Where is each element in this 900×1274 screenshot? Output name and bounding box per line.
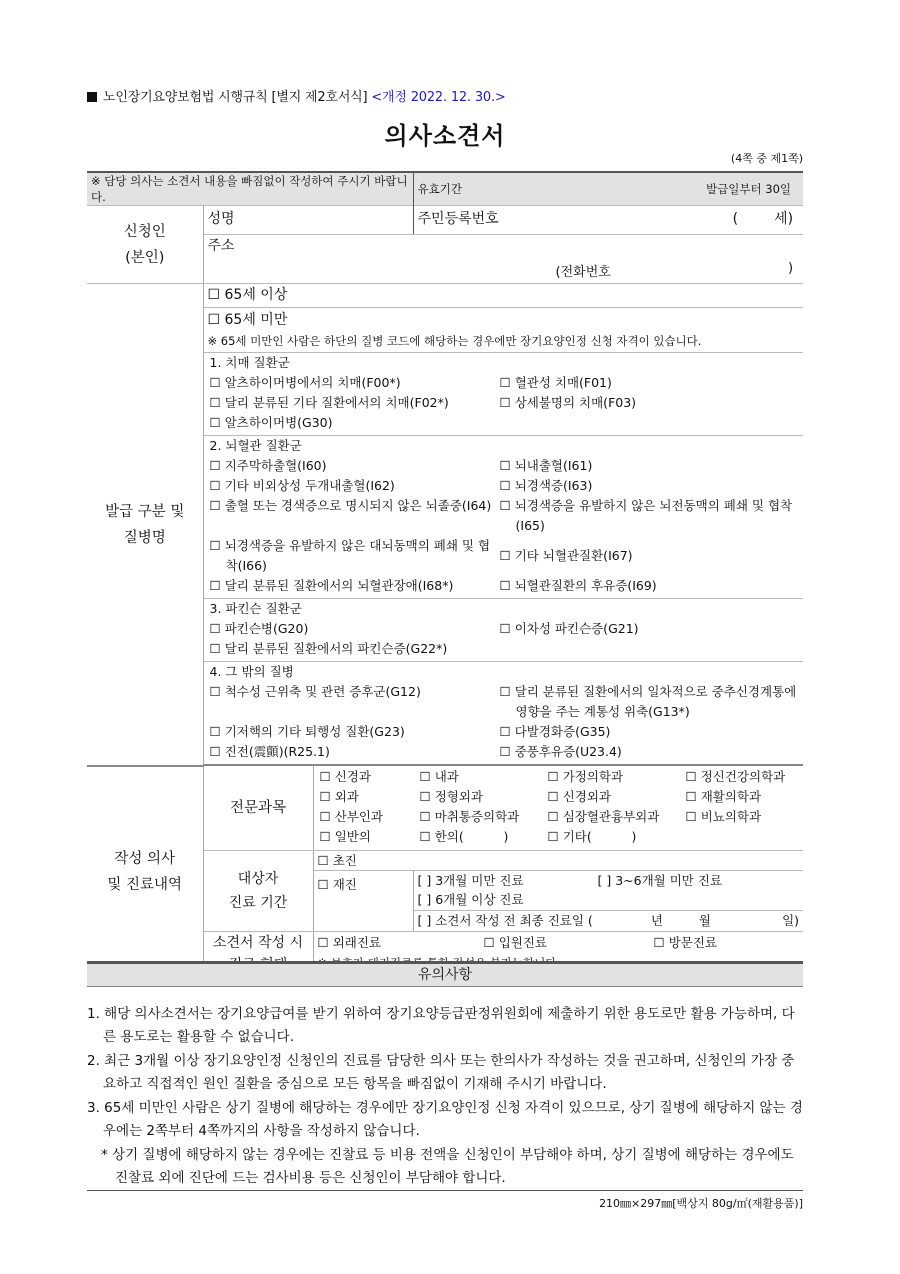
group-title: 1. 치매 질환군 xyxy=(208,353,800,373)
disease-checkbox[interactable]: 뇌경색증을 유발하지 않은 뇌전동맥의 폐쇄 및 협착(I65) xyxy=(498,496,800,536)
regulation-header: 노인장기요양보험법 시행규칙 [별지 제2호서식] <개정 2022. 12. … xyxy=(87,86,506,105)
disease-checkbox[interactable]: 뇌경색증(I63) xyxy=(498,476,800,496)
physician-label: 작성 의사 및 진료내역 xyxy=(87,766,203,977)
disease-checkbox[interactable]: 지주막하출혈(I60) xyxy=(208,456,498,476)
address-field[interactable]: 주소 (전화번호 ) xyxy=(203,235,803,284)
specialty-label: 전문과목 xyxy=(203,766,313,850)
age-65-over-checkbox[interactable]: 65세 이상 xyxy=(203,284,803,308)
year-label: 년 xyxy=(651,911,663,931)
specialty-checkbox[interactable]: 외과 xyxy=(320,787,420,807)
validity-value: 발급일부터 30일 xyxy=(706,181,791,197)
physician-label-line2: 및 진료내역 xyxy=(91,872,199,898)
home-visit-checkbox[interactable]: 방문진료 xyxy=(654,932,718,953)
phone-field[interactable]: (전화번호 ) xyxy=(556,261,794,280)
validity-cell: 유효기간 발급일부터 30일 xyxy=(413,172,803,206)
name-label: 성명 xyxy=(208,211,235,227)
under-65-note: ※ 65세 미만인 사람은 하단의 질병 코드에 해당하는 경우에만 장기요양인… xyxy=(208,332,800,350)
paper-spec: 210㎜×297㎜[백상지 80g/㎡(재활용품)] xyxy=(599,1195,803,1211)
name-field[interactable]: 성명 xyxy=(203,206,413,235)
regulation-text: 노인장기요양보험법 시행규칙 [별지 제2호서식] xyxy=(103,90,367,105)
specialty-checkbox[interactable]: 가정의학과 xyxy=(548,767,686,787)
disease-checkbox[interactable]: 달리 분류된 질환에서의 뇌혈관장애(I68*) xyxy=(208,576,498,596)
disease-checkbox[interactable]: 달리 분류된 질환에서의 파킨슨증(G22*) xyxy=(208,639,498,659)
age-suffix: 세) xyxy=(774,211,793,227)
disease-checkbox[interactable]: 뇌경색증을 유발하지 않은 대뇌동맥의 폐쇄 및 협착(I66) xyxy=(208,536,498,576)
period-label-line2: 진료 기간 xyxy=(208,891,309,915)
disease-checkbox[interactable]: 진전(震顫)(R25.1) xyxy=(208,742,498,762)
phone-label: (전화번호 xyxy=(556,261,611,280)
notice-star-note: * 상기 질병에 해당하지 않는 경우에는 진찰료 등 비용 전액을 신청인이 … xyxy=(87,1144,803,1190)
specialty-checkbox[interactable]: 정형외과 xyxy=(420,787,548,807)
issuance-label: 발급 구분 및 질병명 xyxy=(87,284,203,767)
specialty-checkbox[interactable]: 신경과 xyxy=(320,767,420,787)
issuance-label-line1: 발급 구분 및 xyxy=(91,499,199,525)
period-label-line1: 대상자 xyxy=(208,867,309,891)
group-title: 2. 뇌혈관 질환군 xyxy=(208,436,800,456)
physician-label-line1: 작성 의사 xyxy=(91,846,199,872)
last-visit-label: [ ] 소견서 작성 전 최종 진료일 ( xyxy=(418,911,593,931)
disease-checkbox[interactable]: 알츠하이머병(G30) xyxy=(208,413,498,433)
disease-checkbox[interactable]: 혈관성 치매(F01) xyxy=(498,373,800,393)
applicant-label: 신청인 (본인) xyxy=(87,206,203,284)
disease-checkbox[interactable]: 기타 뇌혈관질환(I67) xyxy=(498,546,800,566)
disease-checkbox[interactable]: 기타 비외상성 두개내출혈(I62) xyxy=(208,476,498,496)
disease-checkbox[interactable]: 이차성 파킨슨증(G21) xyxy=(498,619,800,639)
age-65-under-checkbox[interactable]: 65세 미만 xyxy=(208,308,800,332)
applicant-label-line1: 신청인 xyxy=(91,219,199,245)
validity-label: 유효기간 xyxy=(418,181,462,197)
specialty-checkbox-korean-medicine[interactable]: 한의( ) xyxy=(420,827,548,847)
black-square-icon xyxy=(87,92,97,102)
applicant-label-line2: (본인) xyxy=(91,245,199,271)
disease-checkbox[interactable]: 출혈 또는 경색증으로 명시되지 않은 뇌졸중(I64) xyxy=(208,496,498,536)
first-visit-label: 초진 xyxy=(318,853,357,868)
issuance-label-line2: 질병명 xyxy=(91,525,199,551)
day-label: 일) xyxy=(782,911,799,931)
form-title: 의사소견서 xyxy=(87,116,803,151)
revisit-checkbox[interactable]: 재진 xyxy=(313,870,413,931)
disease-checkbox[interactable]: 다발경화증(G35) xyxy=(498,722,800,742)
disease-checkbox[interactable]: 달리 분류된 기타 질환에서의 치매(F02*) xyxy=(208,393,498,413)
lt3-months-option[interactable]: [ ] 3개월 미만 진료 xyxy=(418,871,598,890)
notice-item: 3. 65세 미만인 사람은 상기 질병에 해당하는 경우에만 장기요양인정 신… xyxy=(87,1097,803,1143)
inpatient-checkbox[interactable]: 입원진료 xyxy=(484,932,654,953)
disease-checkbox[interactable]: 척수성 근위축 및 관련 증후군(G12) xyxy=(208,682,498,722)
page-indicator: (4쪽 중 제1쪽) xyxy=(731,150,803,166)
group-title: 3. 파킨슨 질환군 xyxy=(208,599,800,619)
gte6-months-option[interactable]: [ ] 6개월 이상 진료 xyxy=(418,890,800,909)
outpatient-checkbox[interactable]: 외래진료 xyxy=(318,932,484,953)
revisit-duration-options: [ ] 3개월 미만 진료[ ] 3~6개월 미만 진료 [ ] 6개월 이상 … xyxy=(413,870,803,910)
age-65-over-label: 65세 이상 xyxy=(208,287,288,303)
group-other: 4. 그 밖의 질병 척수성 근위축 및 관련 증후군(G12)달리 분류된 질… xyxy=(203,662,803,766)
last-visit-date-field[interactable]: [ ] 소견서 작성 전 최종 진료일 ( 년 월 일) xyxy=(413,910,803,931)
fill-instruction: ※ 담당 의사는 소견서 내용을 빠짐없이 작성하여 주시기 바랍니다. xyxy=(87,172,413,206)
specialty-checkbox[interactable]: 정신건강의학과 xyxy=(686,767,810,787)
first-visit-checkbox[interactable]: 초진 xyxy=(313,850,803,870)
specialty-options: 신경과 내과 가정의학과 정신건강의학과 외과 정형외과 신경외과 재활의학과 … xyxy=(313,766,803,850)
notice-item: 1. 해당 의사소견서는 장기요양급여를 받기 위하여 장기요양등급판정위원회에… xyxy=(87,1003,803,1049)
group-dementia: 1. 치매 질환군 알츠하이머병에서의 치매(F00*)혈관성 치매(F01) … xyxy=(203,353,803,436)
rrn-field[interactable]: 주민등록번호 (세) xyxy=(413,206,803,235)
disease-checkbox[interactable]: 알츠하이머병에서의 치매(F00*) xyxy=(208,373,498,393)
disease-checkbox[interactable]: 중풍후유증(U23.4) xyxy=(498,742,800,762)
group-cerebrovascular: 2. 뇌혈관 질환군 지주막하출혈(I60)뇌내출혈(I61) 기타 비외상성 … xyxy=(203,436,803,599)
specialty-checkbox[interactable]: 심장혈관흉부외과 xyxy=(548,807,686,827)
notices-header: 유의사항 xyxy=(87,961,803,987)
period-label: 대상자 진료 기간 xyxy=(203,850,313,931)
phone-close: ) xyxy=(788,261,793,280)
disease-checkbox[interactable]: 뇌혈관질환의 후유증(I69) xyxy=(498,576,800,596)
revision-date: <개정 2022. 12. 30.> xyxy=(371,90,505,105)
disease-checkbox[interactable]: 기저핵의 기타 퇴행성 질환(G23) xyxy=(208,722,498,742)
specialty-checkbox[interactable]: 신경외과 xyxy=(548,787,686,807)
notices-list: 1. 해당 의사소견서는 장기요양급여를 받기 위하여 장기요양등급판정위원회에… xyxy=(87,1003,803,1191)
specialty-checkbox[interactable]: 일반의 xyxy=(320,827,420,847)
specialty-checkbox-other[interactable]: 기타( ) xyxy=(548,827,686,847)
notice-item: 2. 최근 3개월 이상 장기요양인정 신청인의 진료를 담당한 의사 또는 한… xyxy=(87,1050,803,1096)
group-parkinson: 3. 파킨슨 질환군 파킨슨병(G20)이차성 파킨슨증(G21) 달리 분류된… xyxy=(203,599,803,662)
visit-type-label-line1: 소견서 작성 시 xyxy=(208,932,309,954)
disease-checkbox[interactable]: 파킨슨병(G20) xyxy=(208,619,498,639)
disease-checkbox[interactable]: 달리 분류된 질환에서의 일차적으로 중추신경계통에 영향을 주는 계통성 위축… xyxy=(498,682,800,722)
form-table: ※ 담당 의사는 소견서 내용을 빠짐없이 작성하여 주시기 바랍니다. 유효기… xyxy=(87,171,803,978)
specialty-checkbox[interactable]: 재활의학과 xyxy=(686,787,810,807)
age-65-under-cell: 65세 미만 ※ 65세 미만인 사람은 하단의 질병 코드에 해당하는 경우에… xyxy=(203,308,803,353)
group-title: 4. 그 밖의 질병 xyxy=(208,662,800,682)
3to6-months-option[interactable]: [ ] 3~6개월 미만 진료 xyxy=(598,871,722,890)
disease-checkbox[interactable]: 상세불명의 치매(F03) xyxy=(498,393,800,413)
disease-checkbox[interactable]: 뇌내출혈(I61) xyxy=(498,456,800,476)
rrn-label: 주민등록번호 xyxy=(418,206,499,232)
specialty-checkbox[interactable]: 비뇨의학과 xyxy=(686,807,810,827)
revisit-label: 재진 xyxy=(318,877,357,892)
specialty-checkbox[interactable]: 마취통증의학과 xyxy=(420,807,548,827)
footer-divider xyxy=(87,1190,803,1191)
specialty-checkbox[interactable]: 내과 xyxy=(420,767,548,787)
month-label: 월 xyxy=(699,911,711,931)
address-label: 주소 xyxy=(208,235,800,257)
age-open: ( xyxy=(733,211,738,227)
specialty-checkbox[interactable]: 산부인과 xyxy=(320,807,420,827)
